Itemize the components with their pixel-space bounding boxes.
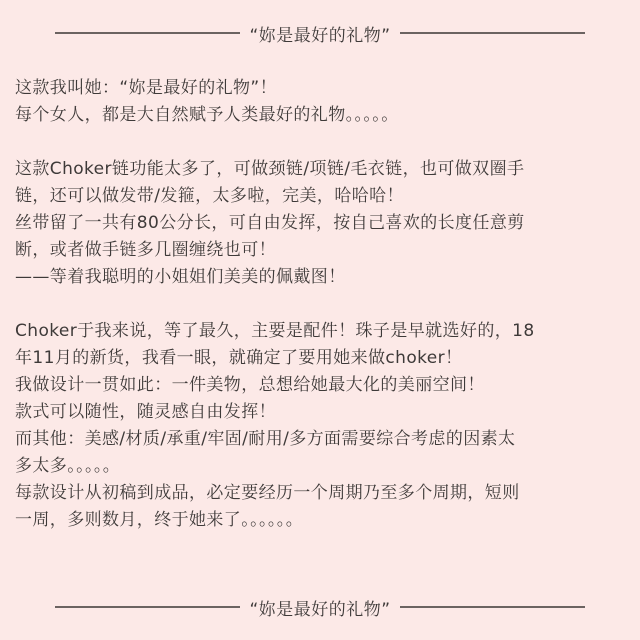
text-line: 而其他：美感/材质/承重/牢固/耐用/多方面需要综合考虑的因素太 [15, 426, 635, 453]
text-line: 多太多。。。。。 [15, 453, 635, 480]
paragraph-intro: 这款我叫她：“妳是最好的礼物”！ 每个女人，都是大自然赋予人类最好的礼物。。。。… [15, 75, 635, 129]
text-line: 每个女人，都是大自然赋予人类最好的礼物。。。。。 [15, 102, 635, 129]
divider-line-left [55, 606, 240, 608]
text-line: 每款设计从初稿到成品，必定要经历一个周期乃至多个周期，短则 [15, 480, 635, 507]
text-line: 断，或者做手链多几圈缠绕也可！ [15, 237, 635, 264]
text-line: 这款Choker链功能太多了，可做颈链/项链/毛衣链，也可做双圈手 [15, 156, 635, 183]
text-line: 链，还可以做发带/发箍，太多啦，完美，哈哈哈！ [15, 183, 635, 210]
article-body: 这款我叫她：“妳是最好的礼物”！ 每个女人，都是大自然赋予人类最好的礼物。。。。… [15, 75, 635, 534]
footer-title: “妳是最好的礼物” [249, 595, 390, 620]
text-line: 年11月的新货，我看一眼，就确定了要用她来做choker！ [15, 345, 635, 372]
divider-line-right [400, 32, 585, 34]
text-line: 一周，多则数月，终于她来了。。。。。。 [15, 507, 635, 534]
text-line: ——等着我聪明的小姐姐们美美的佩戴图！ [15, 264, 635, 291]
paragraph-features: 这款Choker链功能太多了，可做颈链/项链/毛衣链，也可做双圈手 链，还可以做… [15, 156, 635, 291]
divider-line-right [400, 606, 585, 608]
text-line: 我做设计一贯如此：一件美物，总想给她最大化的美丽空间！ [15, 372, 635, 399]
text-line: Choker于我来说，等了最久，主要是配件！珠子是早就选好的，18 [15, 318, 635, 345]
header-divider: “妳是最好的礼物” [0, 21, 640, 45]
paragraph-design-story: Choker于我来说，等了最久，主要是配件！珠子是早就选好的，18 年11月的新… [15, 318, 635, 534]
text-line: 丝带留了一共有80公分长，可自由发挥，按自己喜欢的长度任意剪 [15, 210, 635, 237]
text-line: 款式可以随性，随灵感自由发挥！ [15, 399, 635, 426]
paragraph-spacer [15, 129, 635, 156]
divider-line-left [55, 32, 240, 34]
header-title: “妳是最好的礼物” [249, 21, 390, 46]
footer-divider: “妳是最好的礼物” [0, 595, 640, 619]
text-line: 这款我叫她：“妳是最好的礼物”！ [15, 75, 635, 102]
paragraph-spacer [15, 291, 635, 318]
